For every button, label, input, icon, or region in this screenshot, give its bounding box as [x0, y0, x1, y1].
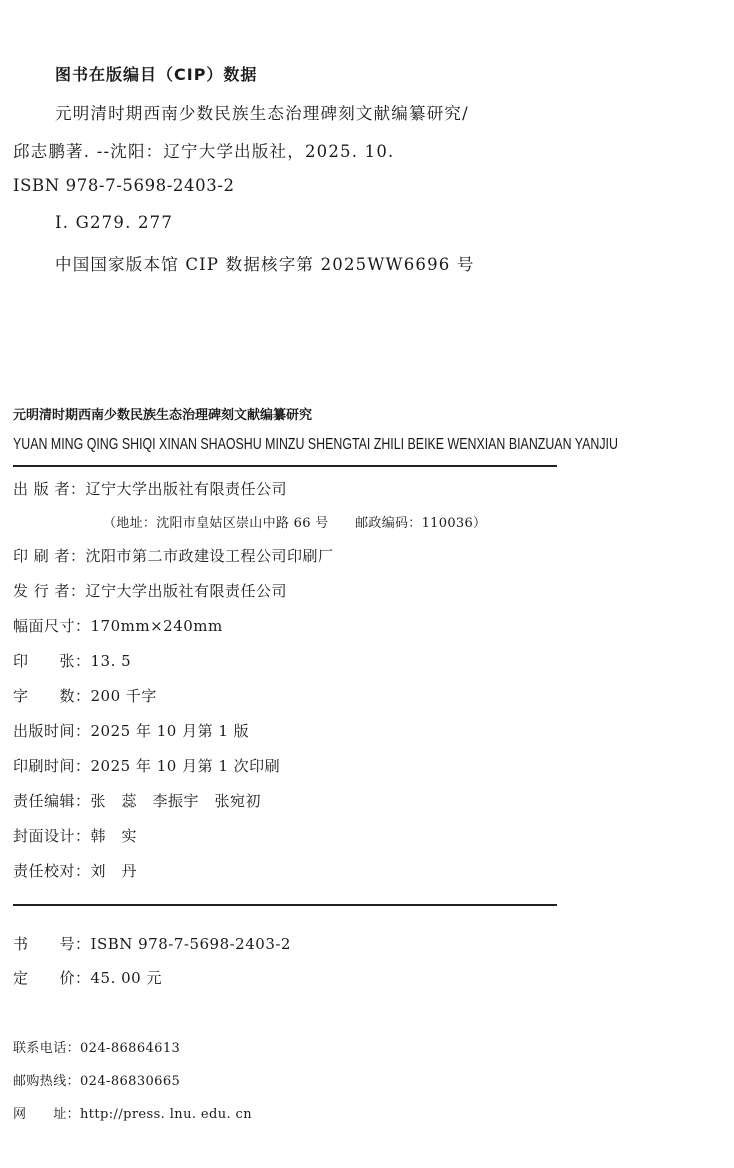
words-row: 字 数：200 千字 — [13, 685, 157, 706]
print-date-label: 印刷时间： — [13, 755, 91, 776]
format-value: 170mm×240mm — [91, 617, 223, 635]
proofreader-row: 责任校对：刘 丹 — [13, 860, 137, 881]
phone-label: 联系电话： — [13, 1041, 80, 1056]
pub-date-value: 2025 年 10 月第 1 版 — [91, 722, 250, 740]
editors-value: 张 蕊 李振宇 张宛初 — [91, 792, 262, 810]
price-row: 定 价：45. 00 元 — [13, 967, 162, 988]
pub-date-label: 出版时间： — [13, 720, 91, 741]
cip-heading: 图书在版编目（CIP）数据 — [55, 62, 257, 85]
cover-design-row: 封面设计：韩 实 — [13, 825, 137, 846]
publisher-value: 辽宁大学出版社有限责任公司 — [86, 480, 288, 498]
book-title-pinyin: YUAN MING QING SHIQI XINAN SHAOSHU MINZU… — [13, 436, 618, 454]
isbn-label: 书 号： — [13, 933, 91, 954]
print-date-row: 印刷时间：2025 年 10 月第 1 次印刷 — [13, 755, 280, 776]
website-label: 网 址： — [13, 1107, 80, 1122]
proofreader-value: 刘 丹 — [91, 862, 138, 880]
cip-classification-line: Ⅰ. G279. 277 — [55, 213, 173, 232]
printer-row: 印 刷 者：沈阳市第二市政建设工程公司印刷厂 — [13, 545, 334, 566]
divider-bottom — [13, 904, 557, 906]
sheets-label: 印 张： — [13, 650, 91, 671]
mail-order-value: 024-86830665 — [80, 1074, 180, 1089]
cover-design-label: 封面设计： — [13, 825, 91, 846]
pub-date-row: 出版时间：2025 年 10 月第 1 版 — [13, 720, 249, 741]
editors-label: 责任编辑： — [13, 790, 91, 811]
publisher-row: 出 版 者：辽宁大学出版社有限责任公司 — [13, 478, 287, 499]
isbn-row: 书 号：ISBN 978-7-5698-2403-2 — [13, 933, 291, 954]
sheets-row: 印 张：13. 5 — [13, 650, 131, 671]
price-value: 45. 00 元 — [91, 969, 162, 987]
distributor-label: 发 行 者： — [13, 580, 86, 601]
cip-author-line: 邱志鹏著. --沈阳：辽宁大学出版社，2025. 10. — [13, 138, 394, 162]
printer-label: 印 刷 者： — [13, 545, 86, 566]
distributor-value: 辽宁大学出版社有限责任公司 — [86, 582, 288, 600]
format-label: 幅面尺寸： — [13, 615, 91, 636]
isbn-value: ISBN 978-7-5698-2403-2 — [91, 935, 291, 953]
words-label: 字 数： — [13, 685, 91, 706]
website-row: 网 址：http://press. lnu. edu. cn — [13, 1103, 252, 1122]
publisher-label: 出 版 者： — [13, 478, 86, 499]
cip-record-number-line: 中国国家版本馆 CIP 数据核字第 2025WW6696 号 — [55, 251, 475, 275]
mail-order-label: 邮购热线： — [13, 1074, 80, 1089]
proofreader-label: 责任校对： — [13, 860, 91, 881]
cover-design-value: 韩 实 — [91, 827, 138, 845]
price-label: 定 价： — [13, 967, 91, 988]
printer-value: 沈阳市第二市政建设工程公司印刷厂 — [86, 547, 334, 565]
sheets-value: 13. 5 — [91, 652, 132, 670]
print-date-value: 2025 年 10 月第 1 次印刷 — [91, 757, 281, 775]
book-title-chinese: 元明清时期西南少数民族生态治理碑刻文献编纂研究 — [13, 404, 312, 423]
phone-row: 联系电话：024-86864613 — [13, 1037, 180, 1056]
website-link[interactable]: http://press. lnu. edu. cn — [80, 1107, 252, 1122]
editors-row: 责任编辑：张 蕊 李振宇 张宛初 — [13, 790, 261, 811]
distributor-row: 发 行 者：辽宁大学出版社有限责任公司 — [13, 580, 287, 601]
publisher-address: （地址：沈阳市皇姑区崇山中路 66 号 邮政编码：110036） — [103, 512, 486, 531]
words-value: 200 千字 — [91, 687, 157, 705]
phone-value: 024-86864613 — [80, 1041, 180, 1056]
divider-top — [13, 465, 557, 467]
mail-order-row: 邮购热线：024-86830665 — [13, 1070, 180, 1089]
cip-title-line: 元明清时期西南少数民族生态治理碑刻文献编纂研究/ — [55, 100, 469, 124]
format-row: 幅面尺寸：170mm×240mm — [13, 615, 223, 636]
cip-isbn-line: ISBN 978-7-5698-2403-2 — [13, 176, 235, 195]
